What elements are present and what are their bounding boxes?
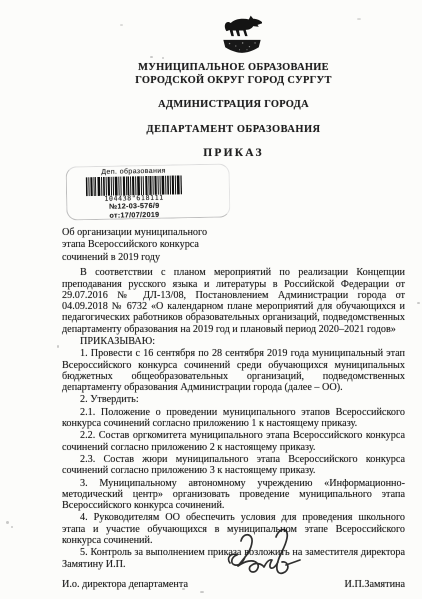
order-item-2-2: 2.2. Состав оргкомитета муниципального э…	[62, 430, 405, 453]
barcode-icon	[86, 175, 182, 196]
scan-artifact	[6, 521, 9, 524]
order-item-3: 3. Муниципальному автономному учреждению…	[62, 478, 405, 512]
signer-position: И.о. директора департамента	[62, 579, 188, 590]
order-item-1: 1. Провести с 16 сентября по 28 сентября…	[62, 348, 405, 393]
surgut-coat-of-arms-icon	[222, 10, 262, 56]
order-item-2-3: 2.3. Состав жюри муниципального этапа Вс…	[62, 454, 405, 477]
subject-line: этапа Всероссийского конкурса	[62, 239, 405, 251]
scan-artifact	[57, 345, 59, 348]
scan-artifact	[417, 302, 420, 304]
order-word: ПРИКАЗЫВАЮ:	[62, 336, 405, 347]
scan-artifact	[162, 57, 164, 59]
administration-line: АДМИНИСТРАЦИЯ ГОРОДА	[62, 98, 405, 111]
org-name-line2: ГОРОДСКОЙ ОКРУГ ГОРОД СУРГУТ	[62, 74, 405, 87]
scan-artifact	[357, 18, 361, 20]
stamp-registration-date: от:17/07/2019	[83, 210, 185, 220]
scan-artifact	[120, 24, 123, 26]
subject-block: Об организации муниципального этапа Всер…	[62, 227, 405, 264]
scan-artifact	[11, 526, 13, 528]
order-item-2-1: 2.1. Положение о проведении муниципально…	[62, 407, 405, 430]
scanned-order-document: МУНИЦИПАЛЬНОЕ ОБРАЗОВАНИЕ ГОРОДСКОЙ ОКРУ…	[0, 0, 422, 599]
document-type-title: ПРИКАЗ	[62, 147, 405, 159]
order-item-2: 2. Утвердить:	[62, 394, 405, 405]
scan-artifact	[200, 591, 204, 593]
scan-artifact	[182, 588, 185, 590]
subject-line: Об организации муниципального	[62, 227, 405, 239]
handwritten-signature-icon	[224, 523, 316, 581]
org-name-line1: МУНИЦИПАЛЬНОЕ ОБРАЗОВАНИЕ	[62, 61, 405, 74]
scan-artifact	[150, 56, 153, 58]
signer-name: И.П.Замятина	[345, 579, 405, 590]
subject-line: сочинений в 2019 году	[62, 252, 405, 264]
registration-stamp: Деп. образования	[65, 163, 230, 220]
intro-paragraph: В соответствии с планом мероприятий по р…	[62, 267, 405, 335]
department-line: ДЕПАРТАМЕНТ ОБРАЗОВАНИЯ	[62, 123, 405, 136]
